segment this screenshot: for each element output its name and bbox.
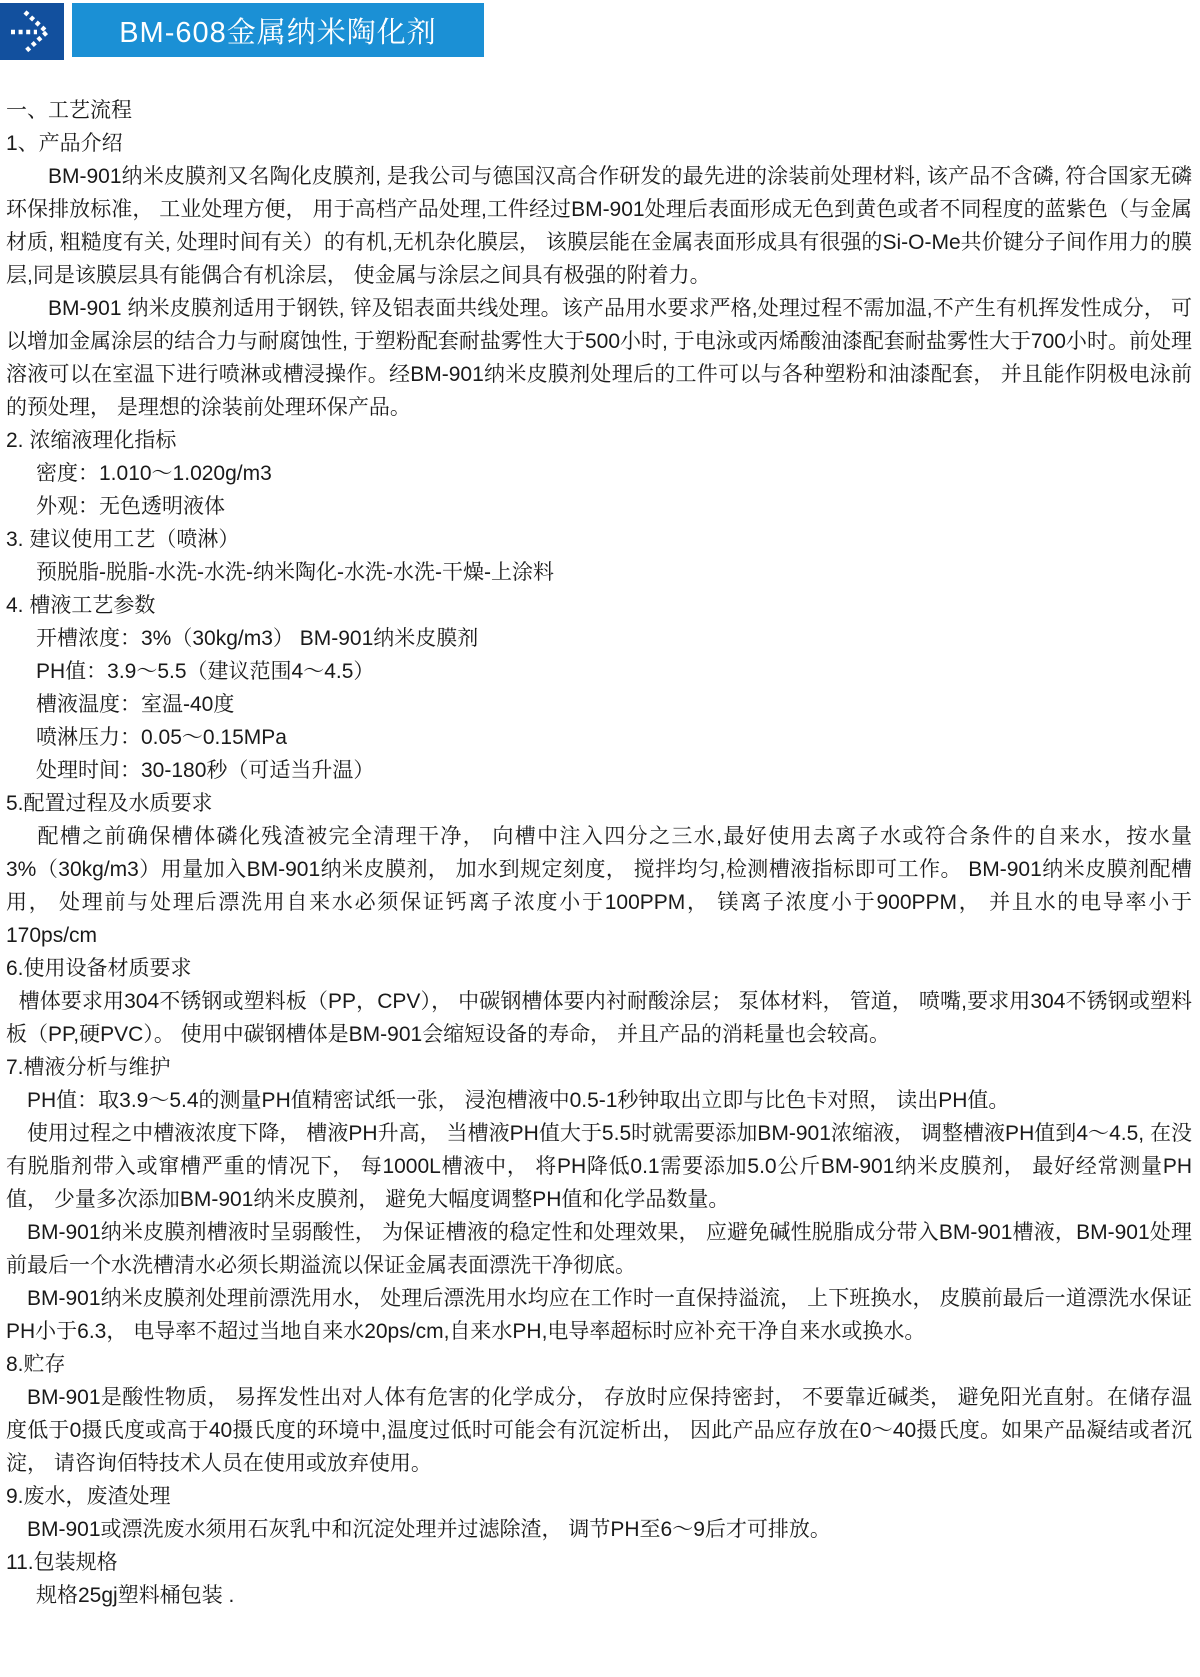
doc-paragraph: 密度：1.010～1.020g/m3 <box>6 457 1192 490</box>
doc-paragraph: 处理时间：30-180秒（可适当升温） <box>6 754 1192 787</box>
doc-paragraph: 外观：无色透明液体 <box>6 490 1192 523</box>
doc-paragraph: BM-901纳米皮膜剂又名陶化皮膜剂, 是我公司与德国汉高合作研发的最先进的涂装… <box>6 160 1192 292</box>
document-body: 一、工艺流程1、产品介绍BM-901纳米皮膜剂又名陶化皮膜剂, 是我公司与德国汉… <box>0 60 1200 1612</box>
doc-paragraph: BM-901纳米皮膜剂槽液时呈弱酸性， 为保证槽液的稳定性和处理效果， 应避免碱… <box>6 1216 1192 1282</box>
page-title: BM-608金属纳米陶化剂 <box>119 10 437 51</box>
section-heading: 6.使用设备材质要求 <box>6 952 1192 985</box>
document-header: BM-608金属纳米陶化剂 <box>0 0 1200 60</box>
section-heading: 2. 浓缩液理化指标 <box>6 424 1192 457</box>
section-heading: 1、产品介绍 <box>6 127 1192 160</box>
dotted-arrow-icon <box>9 8 55 56</box>
doc-paragraph: BM-901 纳米皮膜剂适用于钢铁, 锌及铝表面共线处理。该产品用水要求严格,处… <box>6 292 1192 424</box>
document-page: BM-608金属纳米陶化剂 一、工艺流程1、产品介绍BM-901纳米皮膜剂又名陶… <box>0 0 1200 1677</box>
section-heading: 7.槽液分析与维护 <box>6 1051 1192 1084</box>
doc-paragraph: 槽液温度：室温-40度 <box>6 688 1192 721</box>
doc-paragraph: 配槽之前确保槽体磷化残渣被完全清理干净， 向槽中注入四分之三水,最好使用去离子水… <box>6 820 1192 952</box>
doc-paragraph: 使用过程之中槽液浓度下降， 槽液PH升高， 当槽液PH值大于5.5时就需要添加B… <box>6 1117 1192 1216</box>
section-heading: 4. 槽液工艺参数 <box>6 589 1192 622</box>
doc-paragraph: 槽体要求用304不锈钢或塑料板（PP，CPV）， 中碳钢槽体要内衬耐酸涂层； 泵… <box>6 985 1192 1051</box>
doc-paragraph: BM-901或漂洗废水须用石灰乳中和沉淀处理并过滤除渣， 调节PH至6～9后才可… <box>6 1513 1192 1546</box>
logo <box>0 3 64 60</box>
doc-paragraph: 预脱脂-脱脂-水洗-水洗-纳米陶化-水洗-水洗-干燥-上涂料 <box>6 556 1192 589</box>
doc-paragraph: BM-901是酸性物质， 易挥发性出对人体有危害的化学成分， 存放时应保持密封，… <box>6 1381 1192 1480</box>
section-heading: 一、工艺流程 <box>6 94 1192 127</box>
doc-paragraph: PH值：取3.9～5.4的测量PH值精密试纸一张， 浸泡槽液中0.5-1秒钟取出… <box>6 1084 1192 1117</box>
section-heading: 5.配置过程及水质要求 <box>6 787 1192 820</box>
doc-paragraph: PH值：3.9～5.5（建议范围4～4.5） <box>6 655 1192 688</box>
section-heading: 8.贮存 <box>6 1348 1192 1381</box>
section-heading: 11.包装规格 <box>6 1546 1192 1579</box>
title-banner: BM-608金属纳米陶化剂 <box>72 3 484 57</box>
doc-paragraph: BM-901纳米皮膜剂处理前漂洗用水， 处理后漂洗用水均应在工作时一直保持溢流，… <box>6 1282 1192 1348</box>
doc-paragraph: 喷淋压力：0.05～0.15MPa <box>6 721 1192 754</box>
section-heading: 9.废水，废渣处理 <box>6 1480 1192 1513</box>
doc-paragraph: 规格25gj塑料桶包装 . <box>6 1579 1192 1612</box>
section-heading: 3. 建议使用工艺（喷淋） <box>6 523 1192 556</box>
doc-paragraph: 开槽浓度：3%（30kg/m3） BM-901纳米皮膜剂 <box>6 622 1192 655</box>
